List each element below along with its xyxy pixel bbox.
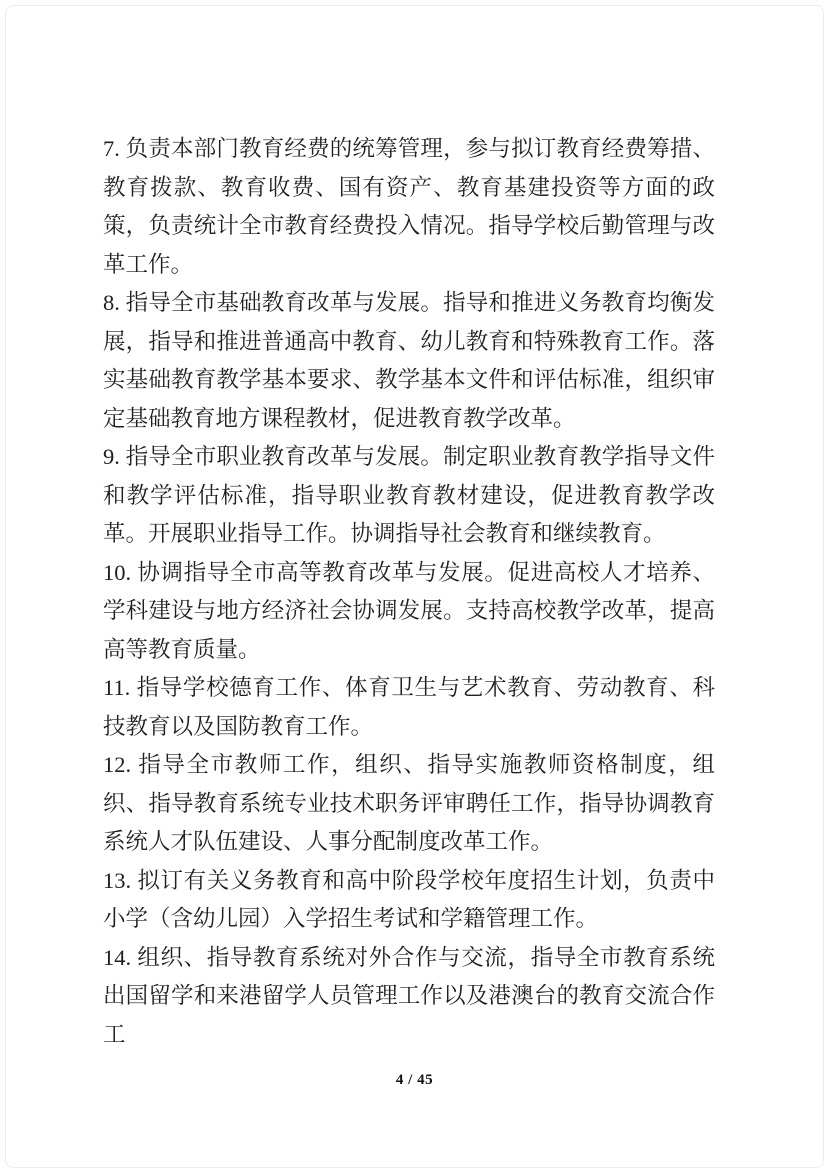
document-paragraph: 7. 负责本部门教育经费的统筹管理，参与拟订教育经费筹措、教育拨款、教育收费、国… (103, 130, 715, 284)
document-paragraph: 13. 拟订有关义务教育和高中阶段学校年度招生计划，负责中小学（含幼儿园）入学招… (103, 862, 715, 939)
document-page: 7. 负责本部门教育经费的统筹管理，参与拟订教育经费筹措、教育拨款、教育收费、国… (0, 0, 829, 1173)
document-paragraph: 10. 协调指导全市高等教育改革与发展。促进高校人才培养、学科建设与地方经济社会… (103, 554, 715, 670)
document-paragraph: 11. 指导学校德育工作、体育卫生与艺术教育、劳动教育、科技教育以及国防教育工作… (103, 669, 715, 746)
document-paragraph: 8. 指导全市基础教育改革与发展。指导和推进义务教育均衡发展，指导和推进普通高中… (103, 284, 715, 438)
document-body: 7. 负责本部门教育经费的统筹管理，参与拟订教育经费筹措、教育拨款、教育收费、国… (103, 130, 715, 1054)
page-number: 4 / 45 (0, 1072, 829, 1089)
document-paragraph: 9. 指导全市职业教育改革与发展。制定职业教育教学指导文件和教学评估标准，指导职… (103, 438, 715, 554)
document-paragraph: 12. 指导全市教师工作，组织、指导实施教师资格制度，组织、指导教育系统专业技术… (103, 746, 715, 862)
document-paragraph: 14. 组织、指导教育系统对外合作与交流，指导全市教育系统出国留学和来港留学人员… (103, 939, 715, 1055)
